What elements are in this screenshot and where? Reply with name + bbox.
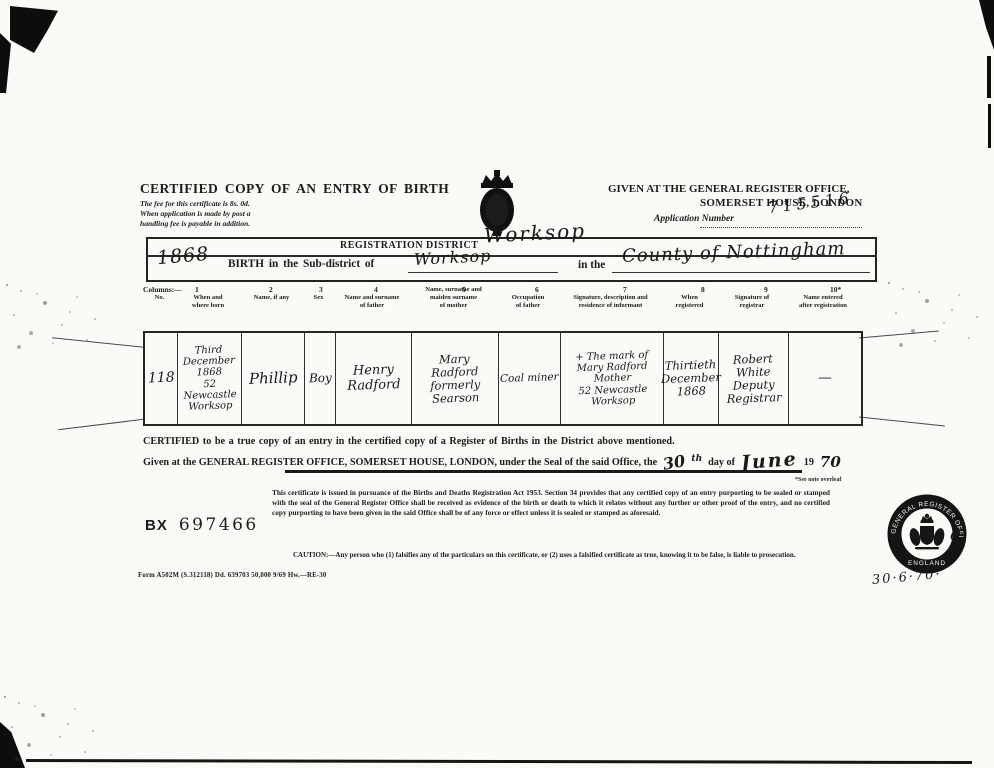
scan-hairline xyxy=(52,337,144,348)
certified-statement-line2: Given at the GENERAL REGISTER OFFICE, SO… xyxy=(143,449,841,470)
scan-artifact-top-left xyxy=(10,6,58,53)
scan-artifact-right-edge xyxy=(987,56,991,98)
scan-speckles-bottom xyxy=(4,696,6,698)
father-occupation: Coal miner xyxy=(500,372,559,386)
table-row: Coal miner xyxy=(499,333,561,424)
table-row: Boy xyxy=(305,333,336,424)
column-number-7: 7 xyxy=(623,285,627,294)
registration-district-value: Worksop xyxy=(483,219,586,247)
column-number-9: 9 xyxy=(764,285,768,294)
certificate-serial: BX 697466 xyxy=(145,515,259,535)
table-row: Mary Radford formerly Searson xyxy=(412,333,499,424)
column-header: Name, if any xyxy=(240,294,303,311)
registration-year-value: 1868 xyxy=(156,244,210,270)
column-header: Sex xyxy=(303,294,334,311)
table-row: + The mark of Mary Radford Mother 52 New… xyxy=(561,333,664,424)
scan-hairline xyxy=(859,417,945,427)
serial-prefix: BX xyxy=(145,517,168,534)
scan-hairline xyxy=(58,419,143,430)
registrar-signature: Robert White Deputy Registrar xyxy=(718,352,789,406)
when-where-born: Third December 1868 52 Newcastle Worksop xyxy=(177,344,242,413)
table-row: — xyxy=(789,333,861,424)
table-row: 118 xyxy=(145,333,178,424)
column-number-3: 3 xyxy=(319,285,323,294)
scan-artifact-right-edge xyxy=(988,104,991,148)
scan-artifact-top-right xyxy=(974,0,994,50)
scan-hairline xyxy=(859,331,939,339)
column-header: Occupation of father xyxy=(497,294,559,311)
columns-label: Columns:— xyxy=(143,285,182,294)
scan-speckles-left xyxy=(6,284,8,286)
table-row: Henry Radford xyxy=(336,333,412,424)
column-header: When registered xyxy=(662,294,717,311)
in-the-label: in the xyxy=(578,259,605,271)
stamp-check-mark: C xyxy=(950,530,961,546)
stamp-england-text: ENGLAND xyxy=(908,560,946,567)
column-number-10: 10* xyxy=(830,285,841,294)
day-suffix: th xyxy=(691,454,702,464)
column-number-8: 8 xyxy=(701,285,705,294)
table-row: Thirtieth December 1868 xyxy=(664,333,719,424)
birth-certificate-scan: CERTIFIED COPY OF AN ENTRY OF BIRTH The … xyxy=(0,0,994,768)
informant: + The mark of Mary Radford Mother 52 New… xyxy=(575,349,650,407)
year-prefix: 19 xyxy=(804,457,814,468)
royal-arms-icon xyxy=(908,514,946,550)
sex: Boy xyxy=(308,371,331,385)
serial-number: 697466 xyxy=(179,515,259,535)
scan-artifact-bottom-line xyxy=(26,759,972,763)
child-name: Phillip xyxy=(248,369,297,387)
column-number-6: 6 xyxy=(535,285,539,294)
table-row: Phillip xyxy=(242,333,305,424)
column-header: Name, surname and maiden surname of moth… xyxy=(410,286,497,311)
certification-rule xyxy=(285,470,802,473)
column-header: Name entered after registration xyxy=(787,294,859,311)
table-row: Third December 1868 52 Newcastle Worksop xyxy=(178,333,242,424)
column-header: Name and surname of father xyxy=(334,294,410,311)
table-row: Robert White Deputy Registrar xyxy=(719,333,789,424)
when-registered: Thirtieth December 1868 xyxy=(660,358,721,399)
column-header: No. xyxy=(143,294,176,311)
scan-artifact-bottom-left xyxy=(0,722,25,768)
column-number-1: 1 xyxy=(195,285,199,294)
column-header: Signature of registrar xyxy=(717,294,787,311)
register-entry-table: 118 Third December 1868 52 Newcastle Wor… xyxy=(143,331,863,426)
mother-name: Mary Radford formerly Searson xyxy=(429,352,481,405)
column-header: Signature, description and residence of … xyxy=(559,294,662,311)
document-title: CERTIFIED COPY OF AN ENTRY OF BIRTH xyxy=(140,181,449,197)
certified-line2-prefix: Given at the GENERAL REGISTER OFFICE, SO… xyxy=(143,457,657,468)
column-number-4: 4 xyxy=(374,285,378,294)
scan-speckles-right xyxy=(888,282,890,284)
year-value: 70 xyxy=(820,454,841,471)
registration-act-paragraph: This certificate is issued in pursuance … xyxy=(272,488,830,519)
caution-statement: CAUTION:—Any person who (1) falsifies an… xyxy=(293,551,796,559)
entry-number: 118 xyxy=(147,370,174,387)
day-of-label: day of xyxy=(708,457,735,468)
name-after-registration: — xyxy=(818,371,832,387)
column-number-2: 2 xyxy=(269,285,273,294)
table-column-headers: No. When and where born Name, if any Sex… xyxy=(143,294,859,311)
father-name: Henry Radford xyxy=(346,363,400,394)
stamp-date: 30·6·70· xyxy=(871,568,942,589)
see-note-overleaf: *See note overleaf xyxy=(795,477,841,483)
certified-statement-line1: CERTIFIED to be a true copy of an entry … xyxy=(143,436,675,447)
scan-artifact-left-edge xyxy=(0,33,11,93)
fee-note: The fee for this certificate is 8s. 0d. … xyxy=(140,199,251,229)
form-reference: Form A502M (S.312118) Dd. 639703 50,000 … xyxy=(138,572,326,579)
column-header: When and where born xyxy=(176,294,240,311)
birth-subdistrict-label: BIRTH in the Sub-district of xyxy=(228,258,374,270)
